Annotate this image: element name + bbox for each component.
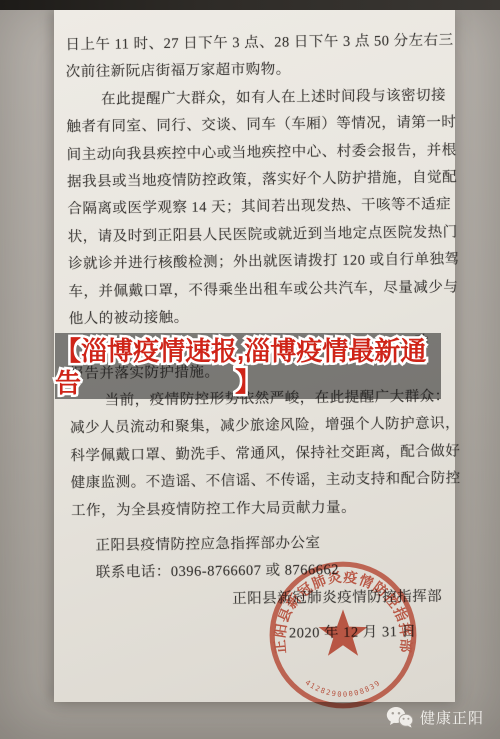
banner-bracket-text: 】 [235, 367, 261, 397]
issue-date: 2020 年 12 月 31 日 [58, 619, 446, 651]
notice-line: 健康监测。不造谣、不信谣、不传谣，主动支持和配合防控 [57, 466, 445, 498]
account-watermark: 健康正阳 [386, 705, 484, 729]
watermark-label: 健康正阳 [420, 707, 484, 728]
title-banner-overlay: 【淄博疫情速报,淄博疫情最新通告 【淄博疫情速报,淄博疫情最新通告 】 】 [55, 333, 441, 399]
notice-line: 触者有同室、同行、交谈、同车（车厢）等情况，请第一时 [52, 110, 440, 142]
photo-top-edge [0, 0, 500, 10]
notice-line: 工作，为全县疫情防控工作大局贡献力量。 [57, 493, 445, 525]
notice-line: 车，并佩戴口罩，不得乘坐出租车或公共汽车，尽量减少与 [54, 274, 442, 306]
notice-line: 日上午 11 时、27 日下午 3 点、28 日下午 3 点 50 分左右三 [51, 28, 439, 60]
wechat-icon [386, 706, 413, 728]
notice-line: 诊就诊并进行核酸检测；外出就医请拨打 120 或自行单独驾 [54, 247, 442, 279]
photo-of-notice: 日上午 11 时、27 日下午 3 点、28 日下午 3 点 50 分左右三 次… [0, 0, 500, 739]
banner-title: 【淄博疫情速报,淄博疫情最新通告 【淄博疫情速报,淄博疫情最新通告 [55, 335, 441, 367]
banner-closing-bracket: 】 】 [235, 367, 261, 397]
notice-line: 合隔离或医学观察 14 天；其间若出现发热、干咳等不适症 [53, 192, 441, 224]
issuing-authority: 正阳县新冠肺炎疫情防控指挥部 [58, 583, 446, 615]
